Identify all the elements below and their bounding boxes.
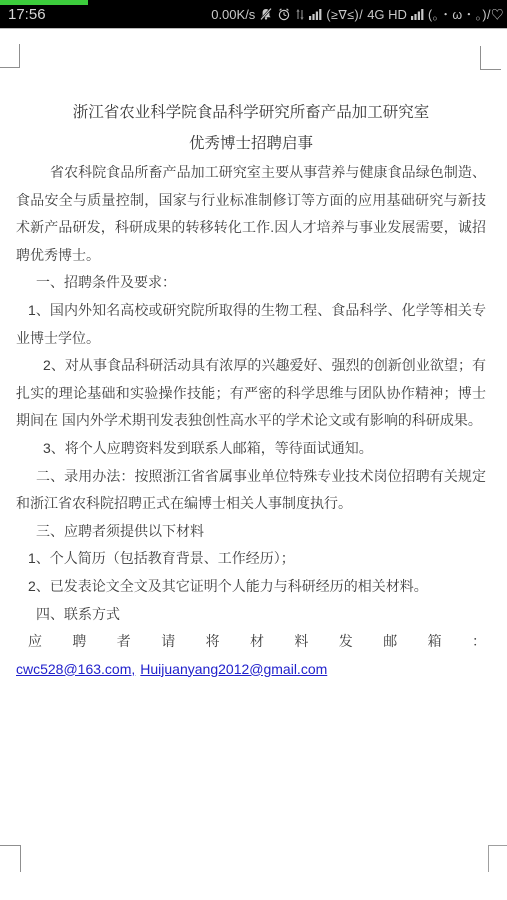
document-title-line1: 浙江省农业科学院食品科学研究所畜产品加工研究室 [16,97,486,128]
page-corner-mark-top-right [480,46,501,70]
email-link-1[interactable]: cwc528@163.com, [16,661,135,677]
sim2-carrier-label: (。・ω・。)/♡ [428,5,504,23]
page-corner-mark-top-left [0,44,20,68]
document-page[interactable]: 浙江省农业科学院食品科学研究所畜产品加工研究室 优秀博士招聘启事 省农科院食品所… [16,97,486,683]
alarm-clock-icon [277,7,291,21]
item-research-requirement: 2、对从事食品科研活动具有浓厚的兴趣爱好、强烈的创新创业欲望；有扎实的理论基础和… [16,352,486,435]
page-corner-mark-bottom-left [0,845,21,872]
network-speed: 0.00K/s [211,7,255,22]
data-updown-icon [295,8,305,21]
network-type-label: 4G HD [367,7,407,22]
document-title-line2: 优秀博士招聘启事 [16,128,486,159]
phone-screen: 17:56 0.00K/s [0,0,507,900]
sim1-carrier-label: (≥∇≤)/ [326,7,363,22]
status-bar-right: 0.00K/s [211,0,504,28]
signal-bars-icon [309,8,322,20]
heading-required-materials: 三、应聘者须提供以下材料 [16,518,486,546]
email-link-2[interactable]: Huijuanyang2012@gmail.com [140,661,327,677]
heading-conditions: 一、招聘条件及要求： [16,269,486,297]
mute-icon [259,7,273,21]
heading-recruitment-method: 二、录用办法：按照浙江省省属事业单位特殊专业技术岗位招聘有关规定和浙江省农科院招… [16,463,486,518]
item-degree-requirement: 1、国内外知名高校或研究院所取得的生物工程、食品科学、化学等相关专业博士学位。 [16,297,486,352]
heading-contact: 四、联系方式 [16,601,486,629]
notification-strip [0,0,88,5]
item-publications: 2、已发表论文全文及其它证明个人能力与科研经历的相关材料。 [16,573,486,601]
paragraph-intro: 省农科院食品所畜产品加工研究室主要从事营养与健康食品绿色制造、食品安全与质量控制… [16,159,486,269]
signal-bars-icon [411,8,424,20]
page-corner-mark-bottom-right [488,845,507,872]
item-application-instruction: 3、将个人应聘资料发到联系人邮箱，等待面试通知。 [16,435,486,463]
item-resume: 1、个人简历（包括教育背景、工作经历）； [16,545,486,573]
contact-prefix: 应聘者请将材料发邮箱： [28,633,486,649]
contact-line: 应聘者请将材料发邮箱：cwc528@163.com,Huijuanyang201… [16,628,486,683]
